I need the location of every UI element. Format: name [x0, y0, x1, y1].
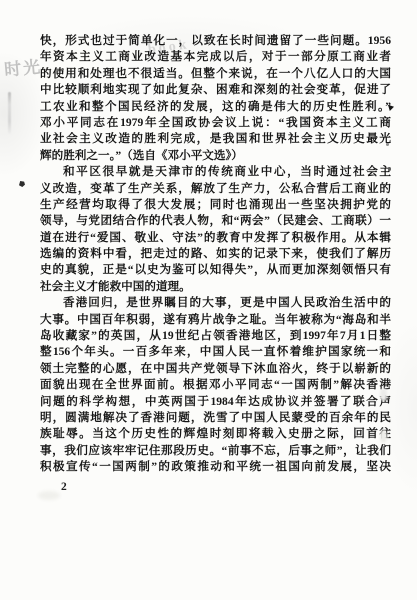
text-line: 明，圆满地解决了香港问题，洗雪了中国人民蒙受的百余年的民 — [40, 410, 391, 426]
text-line: 工农业和整个国民经济的发展，这的确是伟大的历史性胜利。” — [40, 99, 391, 115]
text-line: 大事。中国百年积弱，遂有鸦片战争之耻。当年被称为“海岛和半 — [40, 312, 391, 328]
text-line: 邓小平同志在1979年全国政协会议上说：“我国资本主义工商 — [40, 115, 391, 131]
ink-speck — [386, 143, 389, 146]
text-line: 义改造，变革了生产关系，解放了生产力，公私合营后工商业的 — [40, 181, 391, 197]
text-line: 香港回归，是世界瞩目的大事，更是中国人民政治生活中的 — [40, 295, 391, 311]
text-line: 社会主义才能救中国的道理。 — [40, 279, 391, 295]
text-line: 和平区很早就是天津市的传统商业中心，当时通过社会主 — [40, 164, 391, 180]
text-line: 的使用和处理也不很适当。但整个来说，在一个八亿人口的大国 — [40, 66, 391, 82]
scanned-book-page: 时光 book 快，形式也过于简单化一，以致在长时间遗留了一些问题。1956年资… — [0, 0, 417, 600]
text-line: 中比较顺利地实现了如此复杂、困难和深刻的社会变革，促进了 — [40, 82, 391, 98]
text-line: 业社会主义改造的胜利完成，是我国和世界社会主义历史最光 — [40, 131, 391, 147]
text-line: 领土完整的心愿，在中国共产党领导下沐血浴火，终于以崭新的 — [40, 361, 391, 377]
text-line: 事，我们应该牢牢记住那段历史。“前事不忘，后事之师”，让我们 — [40, 443, 391, 459]
body-text-block: 快，形式也过于简单化一，以致在长时间遗留了一些问题。1956年资本主义工商业改造… — [40, 33, 391, 476]
paper-smudge — [380, 430, 387, 443]
text-line: 快，形式也过于简单化一，以致在长时间遗留了一些问题。1956 — [40, 33, 391, 49]
text-line: 整156个年头。一百多年来，中国人民一直怀着维护国家统一和 — [40, 344, 391, 360]
text-line: 道在进行“爱国、敬业、守法”的教育中发挥了积极作用。从本辑 — [40, 230, 391, 246]
scan-watermark-text: 时光 — [3, 52, 43, 80]
ink-speck — [19, 181, 25, 187]
text-line: 选编的资料中看，把走过的路、如实的记录下来，使我们了解历 — [40, 246, 391, 262]
text-line: 史的真貌，正是“以史为鉴可以知得失”，从而更加深刻领悟只有 — [40, 262, 391, 278]
text-line: 领导，与党团结合作的代表人物，和“两会”（民建会、工商联）一 — [40, 213, 391, 229]
text-line: 年资本主义工商业改造基本完成以后，对于一部分原工商业者 — [40, 49, 391, 65]
text-line: 面貌出现在全世界面前。根据邓小平同志“一国两制”解决香港 — [40, 377, 391, 393]
paper-smudge — [380, 388, 387, 401]
text-line: 族耻辱。当这个历史性的辉煌时刻即将载入史册之际，回首往 — [40, 426, 391, 442]
text-line: 辉的胜利之一。”（选自《邓小平文选》） — [40, 148, 391, 164]
text-line: 岛收藏家”的英国，从19世纪占领香港地区，到1997年7月1日整 — [40, 328, 391, 344]
ink-speck — [388, 167, 391, 171]
scan-smudge — [8, 92, 11, 134]
page-number: 2 — [61, 481, 67, 493]
text-line: 积极宣传“一国两制”的政策推动和平统一祖国向前发展，坚决 — [40, 459, 391, 475]
text-line: 问题的科学构想，中英两国于1984年达成协议并签署了联合声 — [40, 394, 391, 410]
text-line: 生产经营均取得了很大发展；同时也涌现出一些坚决拥护党的 — [40, 197, 391, 213]
paper-smudge — [38, 491, 60, 500]
